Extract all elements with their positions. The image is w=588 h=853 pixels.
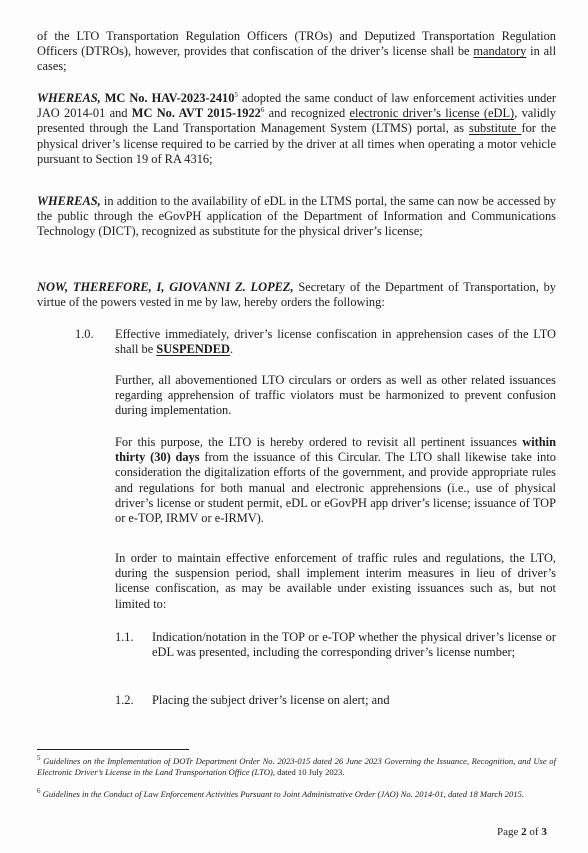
item-1-0-text: Effective immediately, driver’s license …: [115, 327, 556, 357]
page-number: Page 2 of 3: [497, 826, 547, 838]
paragraph-text: and recognized: [264, 106, 349, 120]
suspended-emphasis: SUSPENDED: [156, 342, 230, 356]
item-number-1-0: 1.0.: [75, 327, 94, 342]
page-of: of: [527, 826, 542, 838]
paragraph-continuation: of the LTO Transportation Regulation Off…: [37, 29, 556, 75]
underlined-mandatory: mandatory: [473, 44, 526, 58]
page-label: Page: [497, 826, 521, 838]
item-number-1-1: 1.1.: [115, 630, 134, 645]
mc-reference-2: MC No. AVT 2015-1922: [132, 106, 261, 120]
footnote-text: , dated 10 July 2023.: [273, 767, 345, 777]
paragraph-text: For this purpose, the LTO is hereby orde…: [115, 435, 522, 449]
underlined-substitute: substitute: [469, 121, 521, 135]
footnote-separator: [37, 749, 189, 750]
item-1-2-text: Placing the subject driver’s license on …: [152, 693, 556, 708]
paragraph-purpose: For this purpose, the LTO is hereby orde…: [115, 435, 556, 526]
paragraph-text: .: [230, 342, 233, 356]
item-1-1-text: Indication/notation in the TOP or e-TOP …: [152, 630, 556, 660]
document-page: of the LTO Transportation Regulation Off…: [0, 0, 588, 853]
paragraph-now-therefore: NOW, THEREFORE, I, GIOVANNI Z. LOPEZ, Se…: [37, 280, 556, 310]
footnote-6: 6 Guidelines in the Conduct of Law Enfor…: [37, 789, 556, 800]
footnote-text: Guidelines in the Conduct of Law Enforce…: [41, 789, 525, 799]
paragraph-interim-measures: In order to maintain effective enforceme…: [115, 551, 556, 612]
item-number-1-2: 1.2.: [115, 693, 134, 708]
paragraph-whereas-2: WHEREAS, in addition to the availability…: [37, 194, 556, 240]
footnote-5: 5 Guidelines on the Implementation of DO…: [37, 756, 556, 777]
paragraph-whereas-1: WHEREAS, MC No. HAV-2023-24105 adopted t…: [37, 91, 556, 167]
mc-reference-1: MC No. HAV-2023-2410: [105, 91, 235, 105]
page-total: 3: [541, 826, 547, 838]
whereas-lead: WHEREAS,: [37, 91, 101, 105]
now-therefore-lead: NOW, THEREFORE, I, GIOVANNI Z. LOPEZ,: [37, 280, 294, 294]
whereas-lead: WHEREAS,: [37, 194, 101, 208]
paragraph-text: in addition to the availability of eDL i…: [37, 194, 556, 238]
underlined-edl: electronic driver’s license (eDL): [349, 106, 514, 120]
paragraph-further: Further, all abovementioned LTO circular…: [115, 373, 556, 419]
